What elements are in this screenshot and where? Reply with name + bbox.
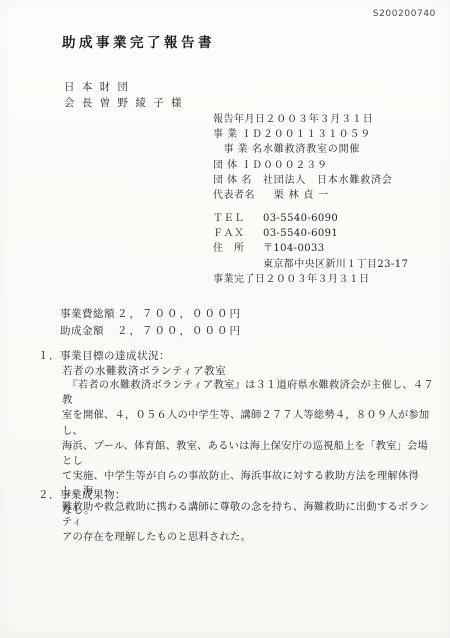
contact-info-block: ＴＥＬ 03-5540-6090 ＦＡＸ 03-5540-6091 住 所 〒1… xyxy=(213,211,408,287)
section-heading: ２．事業成果物： xyxy=(38,488,126,503)
info-label: 事 業 ＩＤ xyxy=(213,127,263,142)
report-title: 助成事業完了報告書 xyxy=(62,31,215,51)
info-value: ０００２３９ xyxy=(263,158,328,173)
info-value: 東京都中央区新川１丁目23-17 xyxy=(263,257,408,272)
info-value: 〒104-0033 xyxy=(263,241,325,256)
info-row-representative: 代表者名 栗 林 貞 一 xyxy=(213,188,393,203)
info-label: 団 体 名 xyxy=(213,173,263,188)
info-label: ＦＡＸ xyxy=(213,226,263,241)
info-label: 住 所 xyxy=(213,241,263,256)
info-value: ２００３年３月３１日 xyxy=(266,112,374,127)
amount-row-total-cost: 事業費総額 ２，７００，０００円 xyxy=(60,306,242,323)
contact-row-completion-date: 事業完了日 ２００３年３月３１日 xyxy=(213,272,408,287)
scanned-report-page: S200200740 助成事業完了報告書 日 本 財 団 会 長 曽 野 綾 子… xyxy=(0,0,450,638)
info-label xyxy=(213,257,263,272)
document-number: S200200740 xyxy=(373,9,436,19)
info-label: 事 業 名 xyxy=(213,142,263,157)
info-value: 03-5540-6090 xyxy=(263,211,338,226)
info-label: 事業完了日 xyxy=(213,272,266,287)
info-value: 社団法人 日本水難救済会 xyxy=(263,173,393,188)
section-body-text: 『若者の水難救済ボランティア教室』は３１道府県水難救済会が主催し、４７教 室を開… xyxy=(62,378,434,545)
addressee-block: 日 本 財 団 会 長 曽 野 綾 子 様 xyxy=(64,79,184,111)
amount-value: ２，７００，０００円 xyxy=(117,306,242,323)
info-row-project-id: 事 業 ＩＤ ２００１１３１０５９ xyxy=(213,127,393,142)
info-label: ＴＥＬ xyxy=(213,211,263,226)
addressee-organization: 日 本 財 団 xyxy=(64,79,184,95)
section-heading: １．事業目標の達成状況： xyxy=(38,349,434,364)
info-value: 栗 林 貞 一 xyxy=(263,188,329,203)
section-subheading: なし。 xyxy=(62,503,126,518)
info-value: ２００１１３１０５９ xyxy=(263,127,371,142)
amounts-block: 事業費総額 ２，７００，０００円 助成金額 ２，７００，０００円 xyxy=(60,306,242,339)
info-label: 報告年月日 xyxy=(213,112,266,127)
amount-value: ２，７００，０００円 xyxy=(117,323,242,340)
info-row-report-date: 報告年月日 ２００３年３月３１日 xyxy=(213,112,393,127)
amount-label: 助成金額 xyxy=(60,323,117,340)
contact-row-fax: ＦＡＸ 03-5540-6091 xyxy=(213,226,408,241)
contact-row-address: 東京都中央区新川１丁目23-17 xyxy=(213,257,408,272)
info-value: ２００３年３月３１日 xyxy=(266,272,370,287)
info-row-org-name: 団 体 名 社団法人 日本水難救済会 xyxy=(213,173,393,188)
contact-row-tel: ＴＥＬ 03-5540-6090 xyxy=(213,211,408,226)
info-label: 代表者名 xyxy=(213,188,263,203)
report-info-block: 報告年月日 ２００３年３月３１日 事 業 ＩＤ ２００１１３１０５９ 事 業 名… xyxy=(213,112,393,203)
addressee-person: 会 長 曽 野 綾 子 様 xyxy=(64,95,184,111)
section-deliverables: ２．事業成果物： なし。 xyxy=(38,488,126,517)
amount-label: 事業費総額 xyxy=(60,306,117,323)
info-row-project-name: 事 業 名 水難救済教室の開催 xyxy=(213,142,393,157)
section-subheading: 若者の水難救済ボランティア教室 xyxy=(62,364,434,379)
info-value: 水難救済教室の開催 xyxy=(263,142,360,157)
contact-row-postal: 住 所 〒104-0033 xyxy=(213,241,408,256)
info-value: 03-5540-6091 xyxy=(263,226,338,241)
info-row-org-id: 団 体 ＩＤ ０００２３９ xyxy=(213,158,393,173)
info-label: 団 体 ＩＤ xyxy=(213,158,263,173)
amount-row-grant: 助成金額 ２，７００，０００円 xyxy=(60,323,242,340)
